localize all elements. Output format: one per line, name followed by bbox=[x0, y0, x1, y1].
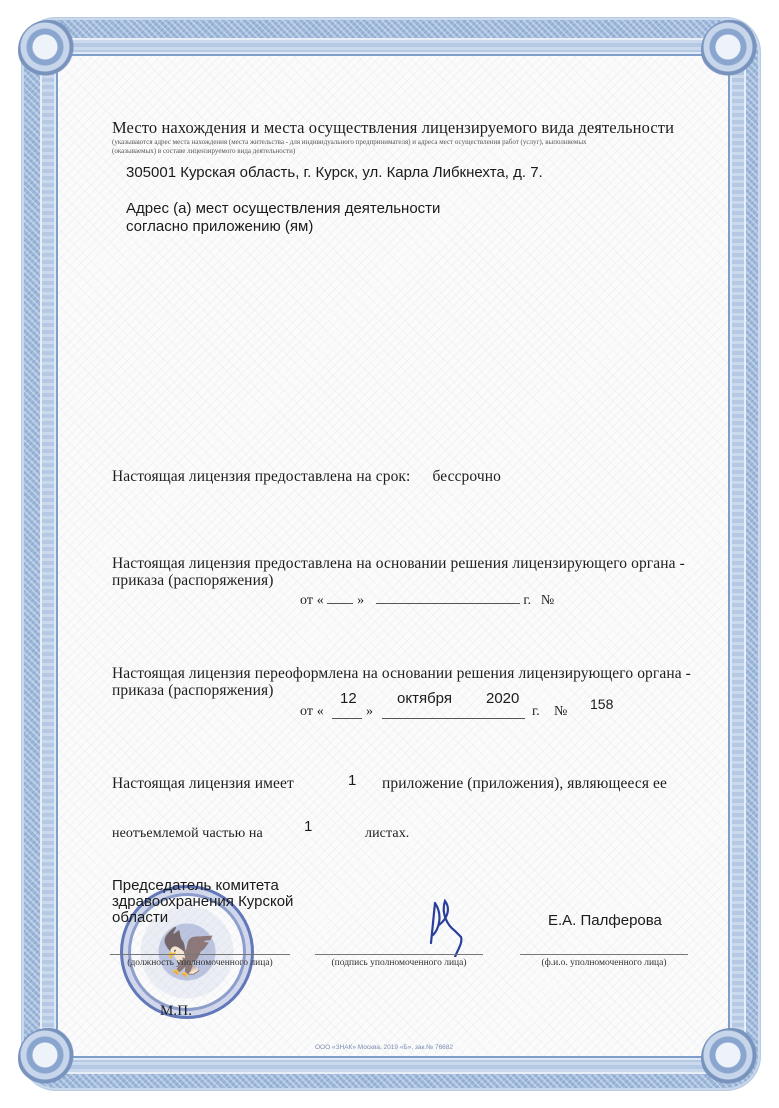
appendix-count: 1 bbox=[348, 772, 356, 789]
term-row: Настоящая лицензия предоставлена на срок… bbox=[112, 468, 501, 486]
appendix-line1: Настоящая лицензия имеет 1 приложение (п… bbox=[112, 775, 712, 797]
header-title: Место нахождения и места осуществления л… bbox=[112, 118, 674, 138]
reissued-year: 2020 bbox=[486, 690, 519, 707]
appendix-sheets: 1 bbox=[304, 818, 312, 835]
signatory-position: Председатель комитета здравоохранения Ку… bbox=[112, 878, 293, 926]
granted-day-field bbox=[327, 603, 353, 604]
position-line bbox=[110, 954, 290, 955]
corner-ornament-icon bbox=[701, 1028, 761, 1088]
term-label: Настоящая лицензия предоставлена на срок… bbox=[112, 468, 410, 485]
coat-of-arms-icon: 🦅 bbox=[160, 922, 214, 982]
granted-line2: приказа (распоряжения) bbox=[112, 572, 273, 590]
granted-date-row: от « » г. № bbox=[300, 593, 554, 609]
reissued-month: октября bbox=[397, 690, 452, 707]
corner-ornament-icon bbox=[18, 1028, 78, 1088]
caption-name: (ф.и.о. уполномоченного лица) bbox=[520, 958, 688, 968]
granted-month-field bbox=[376, 603, 520, 604]
reissued-date-row: 12 октября 2020 от « » г. № 158 bbox=[300, 690, 640, 720]
term-value: бессрочно bbox=[432, 468, 501, 485]
signature-line bbox=[315, 954, 483, 955]
header-note-line2: (оказываемых) в составе лицензируемого в… bbox=[112, 147, 712, 156]
handwritten-signature bbox=[425, 895, 475, 957]
header-note-line1: (указываются адрес места нахождения (мес… bbox=[112, 138, 712, 147]
corner-ornament-icon bbox=[18, 20, 78, 80]
printer-imprint: ООО «ЗНАК» Москва, 2019 «Б», зак.№ 76682 bbox=[315, 1044, 453, 1051]
corner-ornament-icon bbox=[701, 20, 761, 80]
appendix-line2: неотъемлемой частью на 1 листах. bbox=[112, 826, 712, 848]
reissued-number: 158 bbox=[590, 696, 613, 712]
places-line2: согласно приложению (ям) bbox=[126, 218, 313, 235]
reissued-line2: приказа (распоряжения) bbox=[112, 682, 273, 700]
license-address: 305001 Курская область, г. Курск, ул. Ка… bbox=[126, 164, 543, 181]
stamp-mark: М.П. bbox=[160, 1003, 192, 1020]
license-page: Место нахождения и места осуществления л… bbox=[0, 0, 779, 1108]
caption-position: (должность уполномоченного лица) bbox=[110, 958, 290, 968]
granted-line1: Настоящая лицензия предоставлена на осно… bbox=[112, 555, 685, 573]
places-line1: Адрес (а) мест осуществления деятельност… bbox=[126, 200, 440, 217]
reissued-line1: Настоящая лицензия переоформлена на осно… bbox=[112, 665, 691, 683]
signatory-name: Е.А. Палферова bbox=[548, 912, 662, 929]
name-line bbox=[520, 954, 688, 955]
reissued-day: 12 bbox=[340, 690, 357, 707]
caption-signature: (подпись уполномоченного лица) bbox=[315, 958, 483, 968]
header-note: (указываются адрес места нахождения (мес… bbox=[112, 138, 712, 156]
